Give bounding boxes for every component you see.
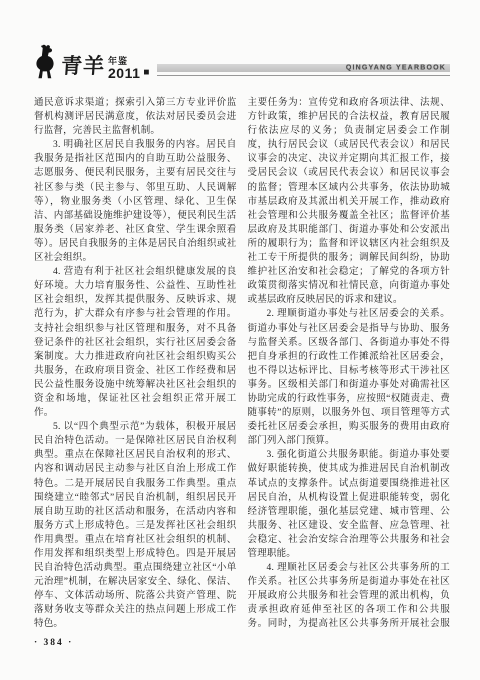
yearbook-logo: 青羊 年鉴 2011 ■	[34, 42, 149, 80]
page-header: 青羊 年鉴 2011 ■ QINGYANG YEARBOOK	[34, 42, 450, 84]
paragraph-item-4: 4. 理顺社区居委会与社区公共事务所的工作关系。社区公共事务所是街道办事处在社区…	[248, 561, 451, 628]
header-english-title: QINGYANG YEARBOOK	[346, 65, 446, 72]
page-number: · 384 ·	[34, 638, 73, 648]
logo-brand-text: 青羊	[60, 56, 106, 80]
page-footer: · 384 ·	[34, 638, 73, 648]
logo-year-block: 年鉴 2011 ■	[108, 57, 149, 80]
paragraph-continuation: 通民意诉求渠道；探索引入第三方专业评价监督机构测评居民满意度，依法对居民委员会进…	[34, 96, 237, 138]
header-bar: QINGYANG YEARBOOK	[157, 64, 450, 72]
left-column: 通民意诉求渠道；探索引入第三方专业评价监督机构测评居民满意度，依法对居民委员会进…	[34, 96, 237, 628]
logo-year: 2011	[108, 66, 140, 80]
page-body: 通民意诉求渠道；探索引入第三方专业评价监督机构测评居民满意度，依法对居民委员会进…	[34, 96, 450, 628]
paragraph-item-3: 3. 明确社区居民自我服务的内容。居民自我服务是指社区范围内的自助互助公益服务、…	[34, 138, 237, 265]
paragraph-item-5: 5. 以“四个典型示范”为载体，积极开展居民自治特色活动。一是保障社区居民自治权…	[34, 420, 237, 628]
paragraph-item-3: 3. 强化街道公共服务职能。街道办事处要做好职能转换，使其成为推进居民自治机制改…	[248, 448, 451, 561]
black-square-icon: ■	[143, 68, 149, 78]
paragraph-continuation: 主要任务为：宣传党和政府各项法律、法规、方针政策，维护居民的合法权益，教育居民履…	[248, 96, 451, 307]
header-rule	[157, 75, 450, 77]
paragraph-item-2: 2. 理顺街道办事处与社区居委会的关系。街道办事处与社区居委会是指导与协助、服务…	[248, 307, 451, 448]
goat-logo-icon	[34, 44, 60, 80]
right-column: 主要任务为：宣传党和政府各项法律、法规、方针政策，维护居民的合法权益，教育居民履…	[248, 96, 451, 628]
yearbook-page: 青羊 年鉴 2011 ■ QINGYANG YEARBOOK 通民意诉求渠道；探…	[0, 0, 480, 680]
paragraph-item-4: 4. 营造有利于社区社会组织健康发展的良好环境。大力培育服务性、公益性、互助性社…	[34, 265, 237, 420]
